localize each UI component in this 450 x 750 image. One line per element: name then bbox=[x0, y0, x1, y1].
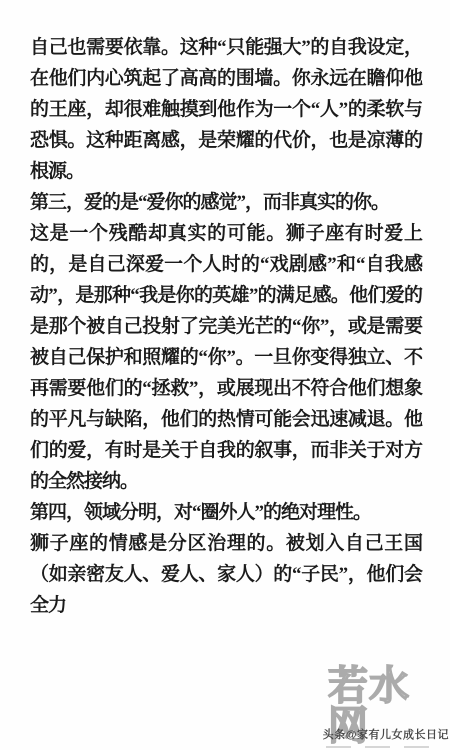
paragraph-fourth-point: 狮子座的情感是分区治理的。被划入自己王国（如亲密友人、爱人、家人）的“子民”，他… bbox=[30, 528, 422, 621]
watermark-mark bbox=[365, 746, 390, 748]
watermark-mark bbox=[326, 746, 351, 748]
watermark-credit-line: 头条@家有儿女成长日记 bbox=[323, 726, 449, 742]
watermark-mark bbox=[404, 746, 429, 748]
article-page: 自己也需要依靠。这种“只能强大”的自我设定，在他们内心筑起了高高的围墙。你永远在… bbox=[0, 0, 450, 750]
section-heading-third: 第三，爱的是“爱你的感觉”，而非真实的你。 bbox=[30, 187, 422, 218]
watermark-underline-marks bbox=[326, 746, 429, 748]
article-content: 自己也需要依靠。这种“只能强大”的自我设定，在他们内心筑起了高高的围墙。你永远在… bbox=[30, 32, 422, 621]
paragraph-intro-continuation: 自己也需要依靠。这种“只能强大”的自我设定，在他们内心筑起了高高的围墙。你永远在… bbox=[30, 32, 422, 187]
section-heading-fourth: 第四，领域分明，对“圈外人”的绝对理性。 bbox=[30, 497, 422, 528]
paragraph-third-point: 这是一个残酷却真实的可能。狮子座有时爱上的，是自己深爱一个人时的“戏剧感”和“自… bbox=[30, 218, 422, 497]
